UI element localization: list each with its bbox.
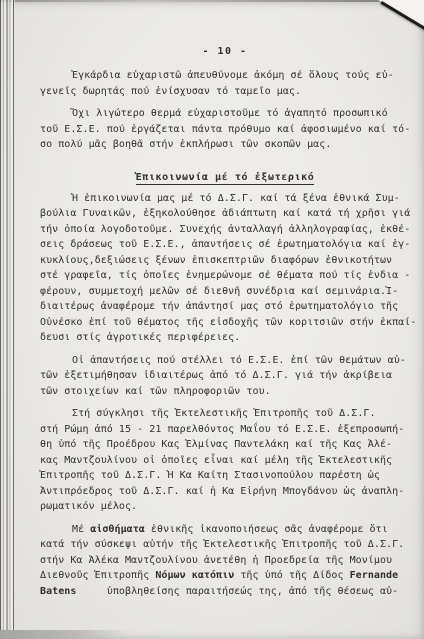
- text-segment: Ἐπιτροπῆς τοῦ Δ.Σ.Γ. Ἡ Κα Καίτη Στασινοπ…: [40, 470, 380, 481]
- text-segment: σεις δράσεως τοῦ Ε.Σ.Ε., ἀπαντήσεις σέ ἐ…: [40, 239, 410, 250]
- text-line: Στή σύγκλησι τῆς Ἐκτελεστικῆς Ἐπιτροπῆς …: [40, 406, 410, 422]
- text-segment: τῶν ἐξετιμήθησαν ἰδιαιτέρως ἀπό τό Δ.Σ.Γ…: [40, 370, 392, 381]
- paragraph: Στή σύγκλησι τῆς Ἐκτελεστικῆς Ἐπιτροπῆς …: [40, 406, 410, 515]
- paragraph: Ἐγκάρδια εὐχαριστῶ ἀπευθύνομε ἀκόμη σέ ὅ…: [40, 68, 410, 99]
- text-segment: ἐθνικῆς ἱκανοποιήσεως σᾶς ἀναφέρομε ὅτι: [145, 524, 388, 535]
- overstruck-text: αἰσθήματα: [90, 524, 145, 535]
- text-segment: Στή σύγκλησι τῆς Ἐκτελεστικῆς Ἐπιτροπῆς …: [72, 408, 376, 419]
- text-line: Ἐπιτροπῆς τοῦ Δ.Σ.Γ. Ἡ Κα Καίτη Στασινοπ…: [40, 468, 410, 484]
- text-line: γενεῖς δωρητάς πού ἐνίσχυσαν τό ταμεῖο μ…: [40, 84, 410, 100]
- text-line: κυκλίους,δεξιώσεις ξένων ἐπισκεπτριῶν δι…: [40, 253, 410, 269]
- text-segment: θη ὑπό τῆς Προέδρου Κας Ἑλμίνας Παντελάκ…: [40, 439, 392, 450]
- text-line: τῶν ἐξετιμήθησαν ἰδιαιτέρως ἀπό τό Δ.Σ.Γ…: [40, 368, 410, 384]
- text-line: στέ γραφεῖα, τίς ὁποῖες ἐνημερώνομε σέ θ…: [40, 268, 410, 284]
- text-segment: Οἱ ἀπαντήσεις πού στέλλει τό Ε.Σ.Ε. ἐπί …: [72, 355, 406, 366]
- text-segment: Διεθνοῦς Ἐπιτροπῆς: [40, 570, 155, 581]
- text-line: διαιτέρως ἀναφέρομε τήν ἀπάντησί μας στό…: [40, 299, 410, 315]
- paragraph: Οἱ ἀπαντήσεις πού στέλλει τό Ε.Σ.Ε. ἐπί …: [40, 353, 410, 400]
- paragraph: Μέ αἰσθήματα ἐθνικῆς ἱκανοποιήσεως σᾶς ἀ…: [40, 522, 410, 600]
- text-segment: τῶν στοιχείων καί τῶν πληροφοριῶν του.: [40, 386, 271, 397]
- text-line: σο πολύ μᾶς βοηθᾶ στήν ἐκπλήρωσι τῶν σκο…: [40, 137, 410, 153]
- paragraph: Ἡ ἐπικοινωνία μας μέ τό Δ.Σ.Γ. καί τά ξέ…: [40, 191, 410, 346]
- text-segment: Οὐνέσκο ἐπί τοῦ θέματος τῆς εἰσδοχῆς τῶν…: [40, 317, 416, 328]
- text-segment: κατά τήν σύσκεψι αὐτήν τῆς Ἐκτελεστικῆς …: [40, 539, 404, 550]
- text-line: Οἱ ἀπαντήσεις πού στέλλει τό Ε.Σ.Ε. ἐπί …: [40, 353, 410, 369]
- text-line: στή Ρώμη ἀπό 15 - 21 παρελθόντος Μαΐου τ…: [40, 422, 410, 438]
- text-segment: Ἡ ἐπικοινωνία μας μέ τό Δ.Σ.Γ. καί τά ξέ…: [72, 193, 400, 204]
- text-line: στήν Κα Ἀλέκα Μαντζουλίνου ἀνετέθη ἡ Προ…: [40, 553, 410, 569]
- text-line: φέρουν, συμμετοχή μελῶν σέ διεθνῆ συνέδρ…: [40, 284, 410, 300]
- text-segment: ρωματικόν μέλος.: [40, 501, 137, 512]
- text-segment: Ἀντιπρόεδρος τοῦ Δ.Σ.Γ. καί ἡ Κα Εἰρήνη …: [40, 486, 404, 497]
- section-heading: Ἐπικοινωνία μέ τό ἐξωτερικό: [40, 165, 410, 184]
- overstruck-text: Νόμων κατόπιν: [155, 570, 234, 581]
- text-segment: τήν ὁποία λογοδοτοῦμε. Συνεχής ἀνταλλαγή…: [40, 224, 410, 235]
- text-segment: γενεῖς δωρητάς πού ἐνίσχυσαν τό ταμεῖο μ…: [40, 86, 301, 97]
- text-segment: κας Μαντζουλίνου οἱ ὁποῖες εἶναι καί μέλ…: [40, 455, 392, 466]
- text-line: ρωματικόν μέλος.: [40, 499, 410, 515]
- section-heading-text: Ἐπικοινωνία μέ τό ἐξωτερικό: [136, 172, 315, 185]
- text-segment: Ἐγκάρδια εὐχαριστῶ ἀπευθύνομε ἀκόμη σέ ὅ…: [72, 70, 394, 81]
- text-line: Μέ αἰσθήματα ἐθνικῆς ἱκανοποιήσεως σᾶς ἀ…: [40, 522, 410, 538]
- text-segment: βούλια Γυναικῶν, ἐξηκολούθησε ἀδιάπτωτη …: [40, 208, 410, 219]
- text-flow: Ἐγκάρδια εὐχαριστῶ ἀπευθύνομε ἀκόμη σέ ὅ…: [40, 68, 410, 599]
- paragraph: Ὄχι λιγώτερο θερμά εὐχαριστοῦμε τό ἀγαπη…: [40, 106, 410, 153]
- text-line: τοῦ Ε.Σ.Ε. πού ἐργάζεται πάντα πρόθυμο κ…: [40, 122, 410, 138]
- text-line: δευσι στίς ἀγροτικές περιφέρειες.: [40, 330, 410, 346]
- text-line: Ἀντιπρόεδρος τοῦ Δ.Σ.Γ. καί ἡ Κα Εἰρήνη …: [40, 484, 410, 500]
- text-line: Ὄχι λιγώτερο θερμά εὐχαριστοῦμε τό ἀγαπη…: [40, 106, 410, 122]
- text-line: κας Μαντζουλίνου οἱ ὁποῖες εἶναι καί μέλ…: [40, 453, 410, 469]
- text-line: βούλια Γυναικῶν, ἐξηκολούθησε ἀδιάπτωτη …: [40, 206, 410, 222]
- text-segment: Ὄχι λιγώτερο θερμά εὐχαριστοῦμε τό ἀγαπη…: [72, 108, 388, 119]
- text-line: τῶν στοιχείων καί τῶν πληροφοριῶν του.: [40, 384, 410, 400]
- text-line: Ἐγκάρδια εὐχαριστῶ ἀπευθύνομε ἀκόμη σέ ὅ…: [40, 68, 410, 84]
- text-line: σεις δράσεως τοῦ Ε.Σ.Ε., ἀπαντήσεις σέ ἐ…: [40, 237, 410, 253]
- text-segment: στέ γραφεῖα, τίς ὁποῖες ἐνημερώνομε σέ θ…: [40, 270, 410, 281]
- text-segment: στή Ρώμη ἀπό 15 - 21 παρελθόντος Μαΐου τ…: [40, 424, 404, 435]
- text-line: θη ὑπό τῆς Προέδρου Κας Ἑλμίνας Παντελάκ…: [40, 437, 410, 453]
- text-segment: σο πολύ μᾶς βοηθᾶ στήν ἐκπλήρωσι τῶν σκο…: [40, 139, 331, 150]
- scanned-document-page: - 10 - Ἐγκάρδια εὐχαριστῶ ἀπευθύνομε ἀκό…: [0, 0, 424, 639]
- text-line: τήν ὁποία λογοδοτοῦμε. Συνεχής ἀνταλλαγή…: [40, 222, 410, 238]
- text-line: Οὐνέσκο ἐπί τοῦ θέματος τῆς εἰσδοχῆς τῶν…: [40, 315, 410, 331]
- page-content: - 10 - Ἐγκάρδια εὐχαριστῶ ἀπευθύνομε ἀκό…: [0, 0, 424, 639]
- text-segment: διαιτέρως ἀναφέρομε τήν ἀπάντησί μας στό…: [40, 301, 398, 312]
- text-segment: φέρουν, συμμετοχή μελῶν σέ διεθνῆ συνέδρ…: [40, 286, 398, 297]
- text-segment: τῆς ὑπό τῆς Δίδος: [234, 570, 349, 581]
- overstruck-text: Batens: [40, 586, 76, 597]
- text-segment: τοῦ Ε.Σ.Ε. πού ἐργάζεται πάντα πρόθυμο κ…: [40, 124, 410, 135]
- text-segment: Μέ: [72, 524, 90, 535]
- text-segment: κυκλίους,δεξιώσεις ξένων ἐπισκεπτριῶν δι…: [40, 255, 392, 266]
- text-line: Διεθνοῦς Ἐπιτροπῆς Νόμων κατόπιν τῆς ὑπό…: [40, 568, 410, 584]
- text-segment: ὑποβληθείσης παραιτήσεώς της, ἀπό τῆς θέ…: [76, 586, 398, 597]
- text-line: κατά τήν σύσκεψι αὐτήν τῆς Ἐκτελεστικῆς …: [40, 537, 410, 553]
- text-segment: δευσι στίς ἀγροτικές περιφέρειες.: [40, 332, 240, 343]
- text-line: Batens ὑποβληθείσης παραιτήσεώς της, ἀπό…: [40, 584, 410, 600]
- page-number: - 10 -: [40, 44, 410, 60]
- text-line: Ἡ ἐπικοινωνία μας μέ τό Δ.Σ.Γ. καί τά ξέ…: [40, 191, 410, 207]
- overstruck-text: Fernande: [350, 570, 399, 581]
- text-segment: στήν Κα Ἀλέκα Μαντζουλίνου ἀνετέθη ἡ Προ…: [40, 555, 392, 566]
